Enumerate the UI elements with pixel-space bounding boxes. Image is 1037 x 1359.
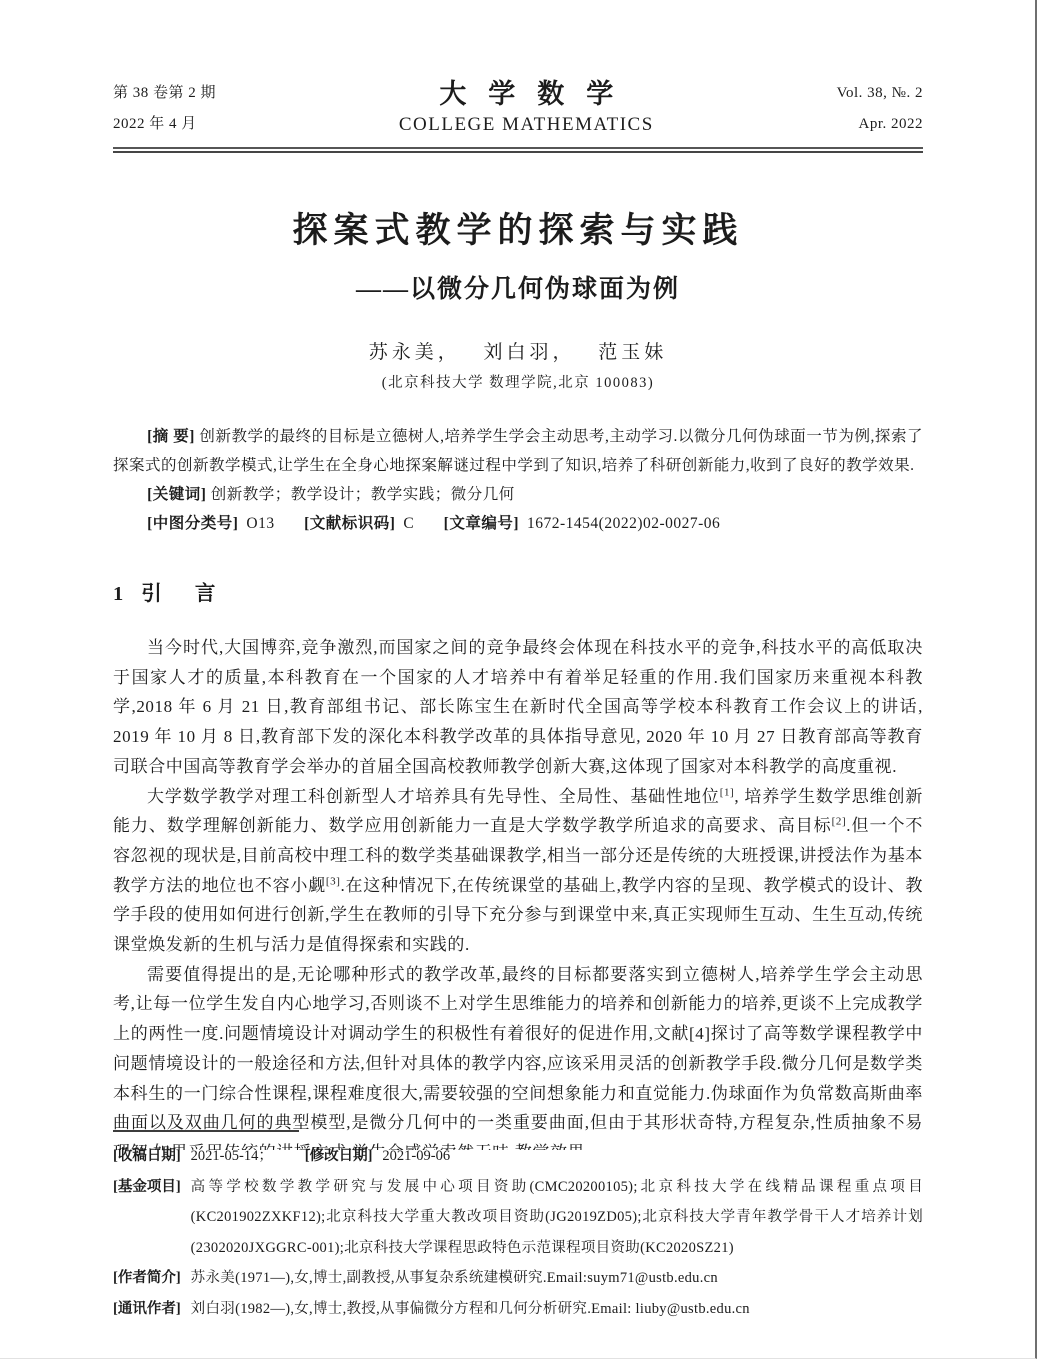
volume-issue-en: Vol. 38, №. 2	[837, 78, 923, 109]
citation-superscript: [3]	[326, 875, 341, 887]
journal-title-en: COLLEGE MATHEMATICS	[216, 110, 837, 140]
fund-value: 高等学校数学教学研究与发展中心项目资助(CMC20200105);北京科技大学在…	[191, 1172, 923, 1264]
header-double-rule	[113, 147, 923, 153]
article-authors: 苏永美， 刘白羽， 范玉妹	[113, 337, 923, 364]
paragraph: 大学数学教学对理工科创新型人才培养具有先导性、全局性、基础性地位[1], 培养学…	[113, 782, 923, 960]
paragraph: 需要值得提出的是,无论哪种形式的教学改革,最终的目标都要落实到立德树人,培养学生…	[113, 960, 923, 1150]
abstract-text: 创新教学的最终的目标是立德树人,培养学生学会主动思考,主动学习.以微分几何伪球面…	[113, 428, 923, 474]
received-date-value: 2021-05-14；	[191, 1141, 273, 1172]
journal-title-cn: 大学数学	[216, 78, 837, 110]
footnote-fund-row: [基金项目] 高等学校数学教学研究与发展中心项目资助(CMC20200105);…	[113, 1172, 923, 1264]
keywords-label: [关键词]	[147, 486, 206, 503]
doc-code-label: [文献标识码]	[304, 515, 395, 532]
header-center: 大学数学 COLLEGE MATHEMATICS	[216, 78, 837, 140]
section-heading: 1引 言	[113, 576, 923, 606]
footnote-bio-row: [作者简介] 苏永美(1971—),女,博士,副教授,从事复杂系统建模研究.Em…	[113, 1263, 923, 1294]
paragraph: 当今时代,大国博弈,竞争激烈,而国家之间的竞争最终会体现在科技水平的竞争,科技水…	[113, 633, 923, 782]
revised-date-value: 2021-09-06	[382, 1141, 450, 1172]
volume-issue-cn: 第 38 卷第 2 期	[113, 78, 216, 109]
corresponding-author-label: [通讯作者]	[113, 1294, 181, 1325]
abstract-block: [摘 要] 创新教学的最终的目标是立德树人,培养学生学会主动思考,主动学习.以微…	[113, 422, 923, 538]
keywords-text: 创新教学；教学设计；教学实践；微分几何	[211, 486, 515, 503]
clc-label: [中图分类号]	[147, 515, 238, 532]
citation-superscript: [2]	[832, 816, 847, 828]
revised-date-label: [修改日期]	[305, 1141, 373, 1172]
page-content: 第 38 卷第 2 期 2022 年 4 月 大学数学 COLLEGE MATH…	[0, 0, 1035, 1150]
footnote-dates-row: [收稿日期] 2021-05-14； [修改日期] 2021-09-06	[113, 1141, 923, 1172]
article-id-value: 1672-1454(2022)02-0027-06	[527, 515, 720, 532]
doc-code-value: C	[403, 515, 414, 532]
fund-label: [基金项目]	[113, 1172, 181, 1203]
body-paragraphs: 当今时代,大国博弈,竞争激烈,而国家之间的竞争最终会体现在科技水平的竞争,科技水…	[113, 633, 923, 1150]
header-left: 第 38 卷第 2 期 2022 年 4 月	[113, 78, 216, 140]
article-id-label: [文章编号]	[444, 515, 519, 532]
footnote-block: [收稿日期] 2021-05-14； [修改日期] 2021-09-06 [基金…	[113, 1130, 923, 1324]
corresponding-author-value: 刘白羽(1982—),女,博士,教授,从事偏微分方程和几何分析研究.Email:…	[191, 1294, 923, 1325]
date-en: Apr. 2022	[837, 109, 923, 140]
article-affiliation: (北京科技大学 数理学院,北京 100083)	[113, 371, 923, 392]
section-title: 引 言	[141, 583, 216, 605]
footnote-corresponding-row: [通讯作者] 刘白羽(1982—),女,博士,教授,从事偏微分方程和几何分析研究…	[113, 1294, 923, 1325]
journal-header: 第 38 卷第 2 期 2022 年 4 月 大学数学 COLLEGE MATH…	[113, 78, 923, 140]
date-cn: 2022 年 4 月	[113, 109, 216, 140]
footnote-rule	[113, 1130, 299, 1132]
keywords-line: [关键词] 创新教学；教学设计；教学实践；微分几何	[113, 480, 923, 509]
abstract-label: [摘 要]	[147, 428, 195, 445]
abstract-paragraph: [摘 要] 创新教学的最终的目标是立德树人,培养学生学会主动思考,主动学习.以微…	[113, 422, 923, 480]
author-bio-value: 苏永美(1971—),女,博士,副教授,从事复杂系统建模研究.Email:suy…	[191, 1263, 923, 1294]
section-number: 1	[113, 583, 124, 605]
received-date-label: [收稿日期]	[113, 1141, 181, 1172]
header-right: Vol. 38, №. 2 Apr. 2022	[837, 78, 923, 140]
classification-line: [中图分类号]O13[文献标识码]C[文章编号]1672-1454(2022)0…	[113, 509, 923, 538]
author-bio-label: [作者简介]	[113, 1263, 181, 1294]
article-subtitle: ——以微分几何伪球面为例	[113, 269, 923, 305]
journal-page: 第 38 卷第 2 期 2022 年 4 月 大学数学 COLLEGE MATH…	[0, 0, 1037, 1359]
citation-superscript: [1]	[720, 786, 735, 798]
article-title: 探案式教学的探索与实践	[113, 203, 923, 253]
clc-value: O13	[246, 515, 274, 532]
